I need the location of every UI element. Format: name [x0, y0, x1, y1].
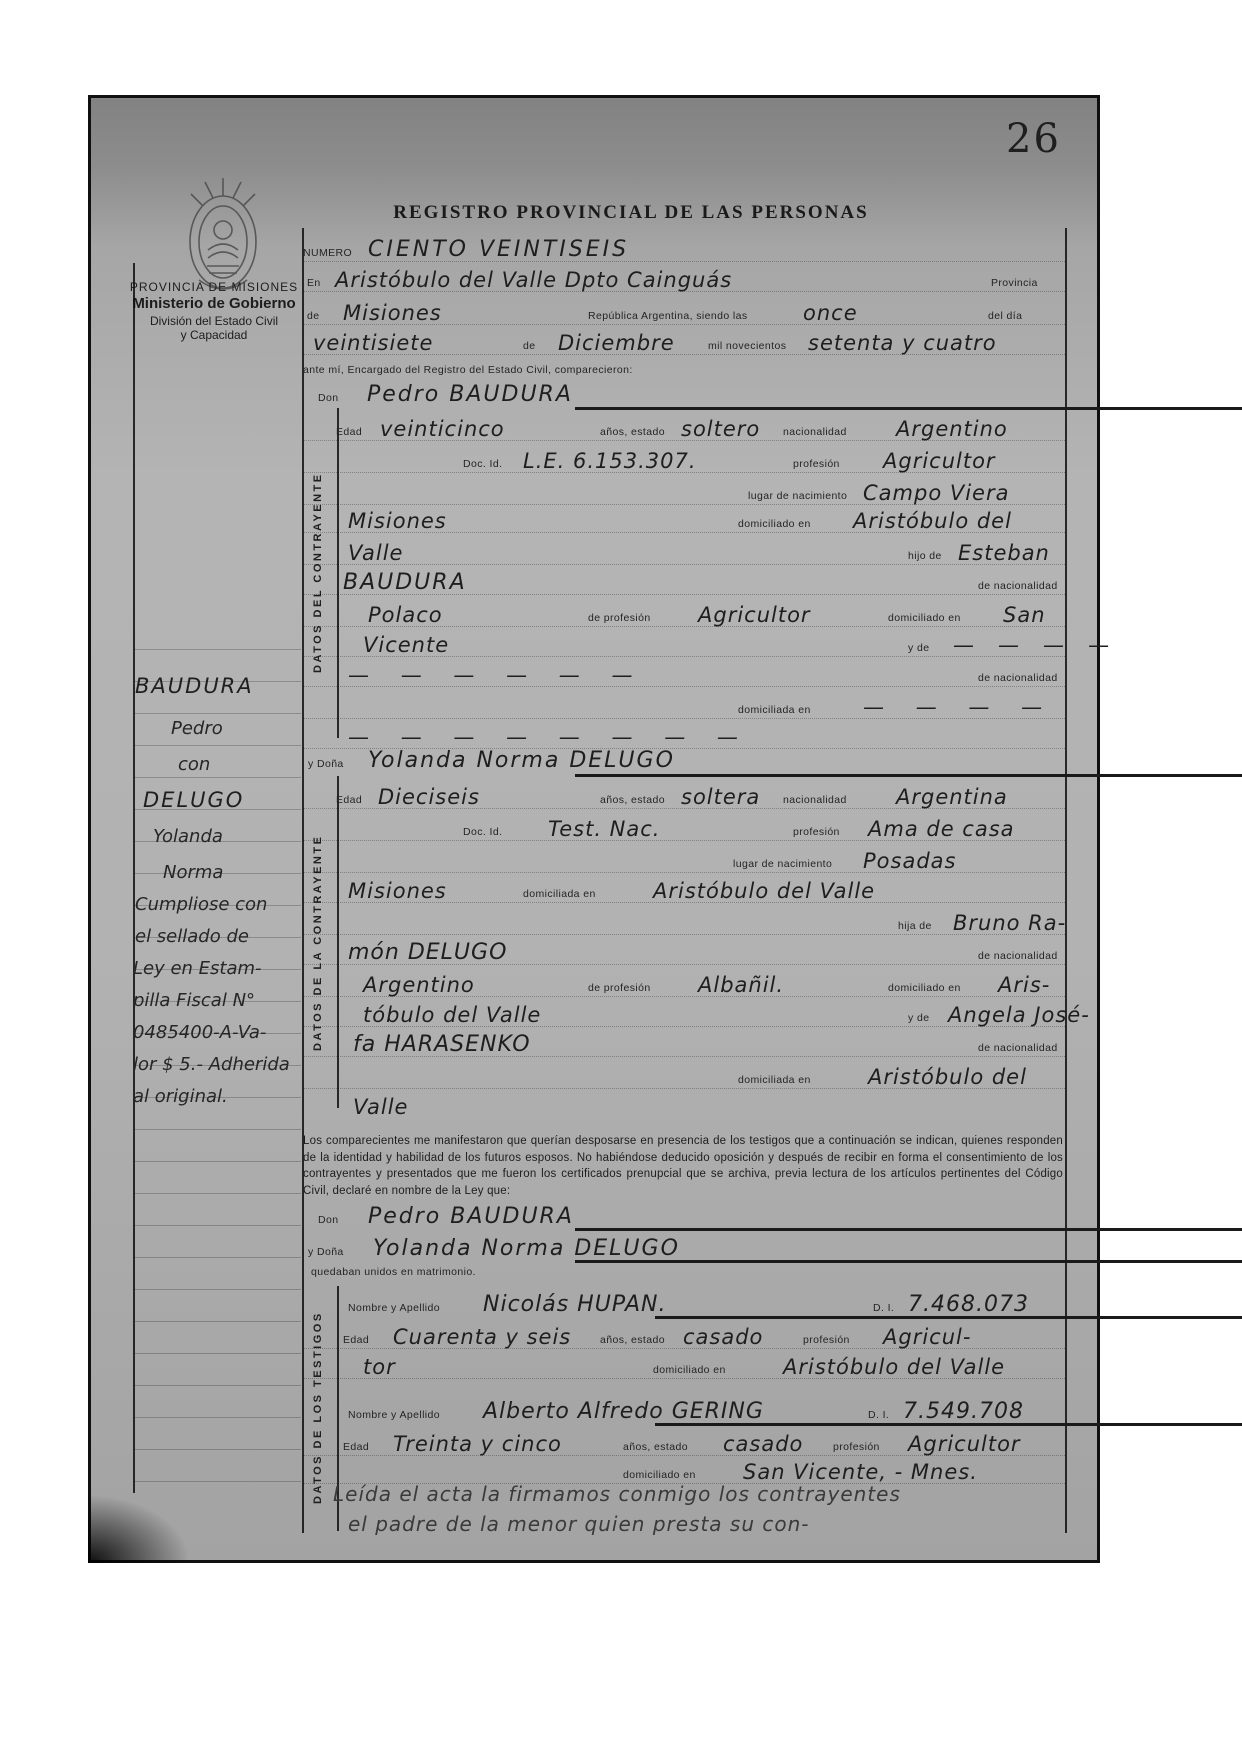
witness1-age-value: Cuarenta y seis: [393, 1327, 571, 1348]
margin-note-line9: Ley en Estam-: [133, 960, 262, 978]
bride-row-father2: món DELUGO de nacionalidad: [303, 934, 1065, 965]
margin-note-line10: pilla Fiscal N°: [133, 992, 255, 1010]
field-row-groom-name: Don Pedro BAUDURA: [303, 376, 1065, 406]
province-value: Misiones: [343, 303, 442, 324]
nacionalidad-label: nacionalidad: [783, 426, 847, 438]
groom-row-doc: Doc. Id. L.E. 6.153.307. profesión Agric…: [303, 442, 1065, 473]
profesion2-label: profesión: [793, 826, 840, 838]
domiciliado3-label: domiciliado en: [888, 982, 961, 994]
bride-mother-residence2-value: Valle: [353, 1097, 408, 1118]
groom-birthplace-prov-value: Misiones: [348, 511, 447, 532]
bride-father-residence-value: Aris-: [998, 975, 1050, 996]
bride-profession-value: Ama de casa: [868, 819, 1015, 840]
anos-estado-label: años, estado: [600, 426, 665, 438]
bride-father2-value: món DELUGO: [348, 942, 507, 964]
lugar-nacimiento2-label: lugar de nacimiento: [733, 858, 832, 870]
profesion3-label: profesión: [803, 1334, 850, 1346]
witness2-age-value: Treinta y cinco: [393, 1434, 562, 1455]
day-value: veintisiete: [313, 333, 433, 354]
hijo-de-label: hijo de: [908, 550, 942, 562]
de-label: de: [307, 310, 319, 322]
margin-note-line11: 0485400-A-Va-: [133, 1024, 266, 1042]
witness1-di-value: 7.468.073: [908, 1294, 1029, 1316]
groom-doc-value: L.E. 6.153.307.: [523, 451, 697, 472]
groom-father-residence2-value: Vicente: [363, 635, 449, 656]
bride-marital-value: soltera: [681, 787, 760, 808]
domiciliado-label: domiciliado en: [738, 518, 811, 530]
bride-birthplace-value: Posadas: [863, 851, 956, 872]
groom-age-value: veinticinco: [380, 419, 505, 440]
union-bride-underline: [575, 1260, 1242, 1263]
issuer-block: PROVINCIA DE MISIONES Ministerio de Gobi…: [119, 280, 309, 342]
bride-row-mother-residence: domiciliada en Aristóbulo del: [303, 1058, 1065, 1089]
bride-mother-residence-value: Aristóbulo del: [868, 1067, 1027, 1088]
edad4-label: Edad: [343, 1441, 369, 1453]
groom-father-value: Esteban: [958, 543, 1050, 564]
bride-nationality-value: Argentina: [896, 787, 1008, 808]
page-title: REGISTRO PROVINCIAL DE LAS PERSONAS: [371, 202, 891, 224]
margin-note-line2: Pedro: [171, 720, 223, 738]
groom-mother-dash: — — — —: [953, 635, 1110, 656]
groom-row-birthprov: Misiones domiciliado en Aristóbulo del: [303, 502, 1065, 533]
month-value: Diciembre: [558, 333, 675, 354]
del-dia-label: del día: [988, 310, 1022, 322]
numero-value: CIENTO VEINTISEIS: [368, 239, 629, 261]
margin-note-line12: lor $ 5.- Adherida: [133, 1056, 290, 1074]
de2-label: de: [523, 340, 535, 352]
bride-name-underline: [575, 774, 1242, 777]
closing-row-1: Leída el acta la firmamos conmigo los co…: [303, 1476, 1065, 1506]
bride-row-birthplace: lugar de nacimiento Posadas: [303, 842, 1065, 873]
nombre-apellido-label: Nombre y Apellido: [348, 1302, 440, 1314]
declaration-paragraph: Los comparecientes me manifestaron que q…: [303, 1133, 1063, 1199]
bride-row-doc: Doc. Id. Test. Nac. profesión Ama de cas…: [303, 810, 1065, 841]
groom-profession-value: Agricultor: [883, 451, 996, 472]
bride-father-profession-value: Albañil.: [698, 975, 784, 996]
groom-father-profession-value: Agricultor: [698, 605, 811, 626]
edad2-label: Edad: [336, 794, 362, 806]
groom-father-nationality-value: Polaco: [368, 605, 443, 626]
closing-row-2: el padre de la menor quien presta su con…: [303, 1506, 1065, 1536]
closing-line2: el padre de la menor quien presta su con…: [348, 1512, 810, 1536]
witness1-row-residence: tor domiciliado en Aristóbulo del Valle: [303, 1348, 1065, 1379]
di2-label: D. I.: [868, 1409, 889, 1421]
bride-row-father-residence2: tóbulo del Valle y de Angela José-: [303, 996, 1065, 1027]
union-statement-row: quedaban unidos en matrimonio.: [303, 1264, 1065, 1280]
closing-line1: Leída el acta la firmamos conmigo los co…: [333, 1482, 901, 1506]
groom-row-father-residence2: Vicente y de — — — —: [303, 626, 1065, 657]
witness2-row-name: Nombre y Apellido Alberto Alfredo GERING…: [303, 1393, 1065, 1423]
bride-father-value: Bruno Ra-: [953, 913, 1066, 934]
page-number: 26: [1006, 116, 1061, 162]
groom-nationality-value: Argentino: [896, 419, 1008, 440]
margin-note-line3: con: [178, 756, 210, 774]
groom-residence2-value: Valle: [348, 543, 403, 564]
margin-note-line13: al original.: [133, 1088, 228, 1106]
groom-row-father-surname: BAUDURA de nacionalidad: [303, 564, 1065, 595]
ante-mi-label: ante mí, Encargado del Registro del Esta…: [303, 364, 633, 376]
republica-label: República Argentina, siendo las: [588, 310, 748, 322]
field-row-date: veintisiete de Diciembre mil novecientos…: [303, 324, 1065, 355]
en-label: En: [307, 277, 321, 289]
domiciliada3-label: domiciliada en: [738, 1074, 811, 1086]
issuer-province: PROVINCIA DE MISIONES: [119, 280, 309, 294]
field-row-province: de Misiones República Argentina, siendo …: [303, 294, 1065, 325]
witness1-profession2-value: tor: [363, 1357, 396, 1378]
margin-note-line7: Cumpliose con: [135, 896, 267, 914]
margin-note-surname1: BAUDURA: [135, 676, 254, 697]
bride-row-age: Edad Dieciseis años, estado soltera naci…: [303, 778, 1065, 809]
de-profesion-label: de profesión: [588, 612, 651, 624]
bride-father-residence2-value: tóbulo del Valle: [363, 1005, 541, 1026]
field-row-place: En Aristóbulo del Valle Dpto Cainguás Pr…: [303, 261, 1065, 292]
place-value: Aristóbulo del Valle Dpto Cainguás: [335, 270, 732, 291]
bride-row-father: hija de Bruno Ra-: [303, 904, 1065, 935]
y-dona-label: y Doña: [308, 758, 344, 770]
de-nacionalidad4-label: de nacionalidad: [978, 1042, 1058, 1054]
union-bride-name: Yolanda Norma DELUGO: [373, 1238, 680, 1260]
field-row-numero: NUMERO CIENTO VEINTISEIS: [303, 231, 1065, 262]
numero-label: NUMERO: [303, 247, 352, 259]
anos-estado4-label: años, estado: [623, 1441, 688, 1453]
witness1-name-value: Nicolás HUPAN.: [483, 1294, 667, 1316]
witness1-row-age: Edad Cuarenta y seis años, estado casado…: [303, 1318, 1065, 1349]
witness1-marital-value: casado: [683, 1327, 763, 1348]
issuer-division-line2: y Capacidad: [119, 328, 309, 342]
groom-mother-residence-dash: — — — —: [863, 697, 1043, 718]
witness1-row-name: Nombre y Apellido Nicolás HUPAN. D. I. 7…: [303, 1286, 1065, 1316]
provincia-label: Provincia: [991, 277, 1038, 289]
groom-marital-value: soltero: [681, 419, 760, 440]
bride-father-nationality-value: Argentino: [363, 975, 475, 996]
profesion-label: profesión: [793, 458, 840, 470]
union-row-bride: y Doña Yolanda Norma DELUGO: [303, 1230, 1065, 1260]
mil-novecientos-label: mil novecientos: [708, 340, 786, 352]
union-groom-name: Pedro BAUDURA: [368, 1206, 574, 1228]
witness2-di-value: 7.549.708: [903, 1401, 1024, 1423]
de-nacionalidad3-label: de nacionalidad: [978, 950, 1058, 962]
witness2-row-age: Edad Treinta y cinco años, estado casado…: [303, 1425, 1065, 1456]
y-dona2-label: y Doña: [308, 1246, 344, 1258]
bride-row-mother-residence2: Valle: [303, 1088, 1065, 1118]
groom-row-father-detail: Polaco de profesión Agricultor domicilia…: [303, 596, 1065, 627]
margin-note-surname2: DELUGO: [143, 790, 244, 811]
domiciliado2-label: domiciliado en: [888, 612, 961, 624]
groom-father-residence-value: San: [1003, 605, 1046, 626]
di-label: D. I.: [873, 1302, 894, 1314]
groom-row-residence2: Valle hijo de Esteban: [303, 534, 1065, 565]
de-nacionalidad-label: de nacionalidad: [978, 580, 1058, 592]
bride-residence-value: Aristóbulo del Valle: [653, 881, 875, 902]
y-de-label: y de: [908, 642, 929, 654]
margin-note-line5: Yolanda: [153, 828, 223, 846]
margin-note-line6: Norma: [163, 864, 223, 882]
hour-value: once: [803, 303, 858, 324]
hija-de-label: hija de: [898, 920, 932, 932]
scanned-document: 26 REGISTRO PROVINCIAL DE LAS PERSONAS: [88, 95, 1100, 1563]
bride-birthplace-prov-value: Misiones: [348, 881, 447, 902]
scan-shadow: [88, 1496, 188, 1563]
anos-estado3-label: años, estado: [600, 1334, 665, 1346]
bride-row-residence: Misiones domiciliada en Aristóbulo del V…: [303, 872, 1065, 903]
nacionalidad2-label: nacionalidad: [783, 794, 847, 806]
groom-row-age: Edad veinticinco años, estado soltero na…: [303, 410, 1065, 441]
don-label: Don: [318, 392, 338, 404]
bride-name-value: Yolanda Norma DELUGO: [368, 750, 675, 772]
witness1-profession-value: Agricul-: [883, 1327, 971, 1348]
groom-name-value: Pedro BAUDURA: [367, 384, 573, 406]
domiciliada-label: domiciliada en: [738, 704, 811, 716]
bride-row-father-detail: Argentino de profesión Albañil. domicili…: [303, 966, 1065, 997]
witness1-residence-value: Aristóbulo del Valle: [783, 1357, 1005, 1378]
y-de2-label: y de: [908, 1012, 929, 1024]
domiciliado4-label: domiciliado en: [653, 1364, 726, 1376]
doc-id2-label: Doc. Id.: [463, 826, 502, 838]
margin-note-line8: el sellado de: [135, 928, 249, 946]
profesion4-label: profesión: [833, 1441, 880, 1453]
witness2-profession-value: Agricultor: [908, 1434, 1021, 1455]
issuer-ministry: Ministerio de Gobierno: [119, 295, 309, 312]
bride-mother-value: Angela José-: [948, 1005, 1090, 1026]
doc-id-label: Doc. Id.: [463, 458, 502, 470]
scanned-page-canvas: 26 REGISTRO PROVINCIAL DE LAS PERSONAS: [0, 0, 1242, 1755]
bride-doc-value: Test. Nac.: [548, 819, 660, 840]
bride-row-mother2: fa HARASENKO de nacionalidad: [303, 1026, 1065, 1057]
de-nacionalidad2-label: de nacionalidad: [978, 672, 1058, 684]
witness2-name-value: Alberto Alfredo GERING: [483, 1401, 764, 1423]
groom-father-surname-value: BAUDURA: [343, 572, 467, 594]
groom-row-mother-dash: — — — — — — de nacionalidad: [303, 656, 1065, 687]
de-profesion2-label: de profesión: [588, 982, 651, 994]
edad-label: Edad: [336, 426, 362, 438]
witness2-marital-value: casado: [723, 1434, 803, 1455]
edad3-label: Edad: [343, 1334, 369, 1346]
groom-row-mother-residence: domiciliada en — — — —: [303, 688, 1065, 719]
groom-row-birthplace: lugar de nacimiento Campo Viera: [303, 474, 1065, 505]
issuer-division-line1: División del Estado Civil: [119, 314, 309, 328]
anos-estado2-label: años, estado: [600, 794, 665, 806]
groom-residence-value: Aristóbulo del: [853, 511, 1012, 532]
domiciliada2-label: domiciliada en: [523, 888, 596, 900]
don2-label: Don: [318, 1214, 338, 1226]
lugar-nacimiento-label: lugar de nacimiento: [748, 490, 847, 502]
groom-mother-dash2: — — — — — —: [348, 665, 634, 686]
nombre-apellido2-label: Nombre y Apellido: [348, 1409, 440, 1421]
bride-age-value: Dieciseis: [378, 787, 480, 808]
form-right-rule: [1065, 228, 1067, 1533]
field-row-bride-name: y Doña Yolanda Norma DELUGO: [303, 742, 1065, 772]
bride-mother2-value: fa HARASENKO: [353, 1034, 531, 1056]
groom-birthplace-value: Campo Viera: [863, 483, 1009, 504]
union-row-groom: Don Pedro BAUDURA: [303, 1198, 1065, 1228]
year-value: setenta y cuatro: [808, 333, 997, 354]
union-statement: quedaban unidos en matrimonio.: [311, 1266, 476, 1278]
